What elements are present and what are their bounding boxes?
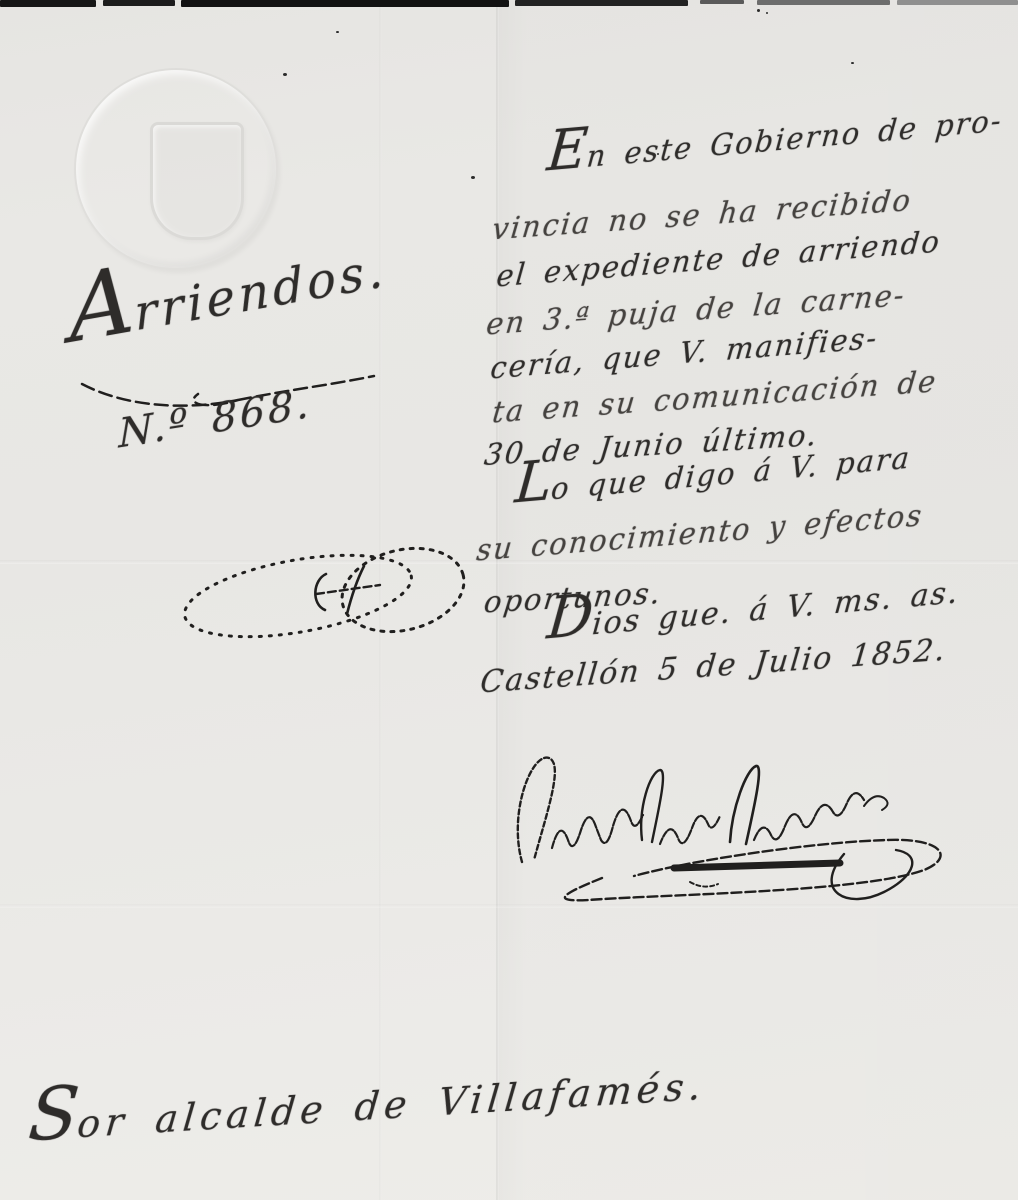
scan-edge-artifact bbox=[515, 0, 688, 6]
embossed-seal-icon bbox=[74, 68, 278, 270]
ink-speck bbox=[851, 62, 854, 64]
body-line: En este Gobierno de pro- bbox=[545, 106, 1003, 175]
filing-rubric-icon bbox=[168, 538, 478, 653]
scan-edge-artifact bbox=[700, 0, 744, 4]
scanned-letter-page: Arriendos. N.º 868. En este Gobierno de … bbox=[0, 0, 1018, 1200]
scan-edge-artifact bbox=[181, 0, 509, 7]
ink-speck bbox=[283, 73, 287, 76]
seal-shield-icon bbox=[150, 122, 244, 240]
scan-edge-artifact bbox=[0, 0, 96, 7]
scan-edge-artifact bbox=[103, 0, 175, 6]
scan-edge-artifact bbox=[897, 0, 1018, 5]
signature-flourish-icon bbox=[492, 742, 972, 907]
ink-speck bbox=[471, 176, 475, 179]
margin-subject: Arriendos. bbox=[68, 246, 388, 350]
addressee-line: Sor alcalde de Villafamés. bbox=[26, 1067, 707, 1147]
scan-edge-artifact bbox=[757, 0, 890, 5]
ink-speck bbox=[757, 9, 760, 12]
ink-speck bbox=[336, 31, 339, 33]
ink-speck bbox=[766, 12, 768, 14]
